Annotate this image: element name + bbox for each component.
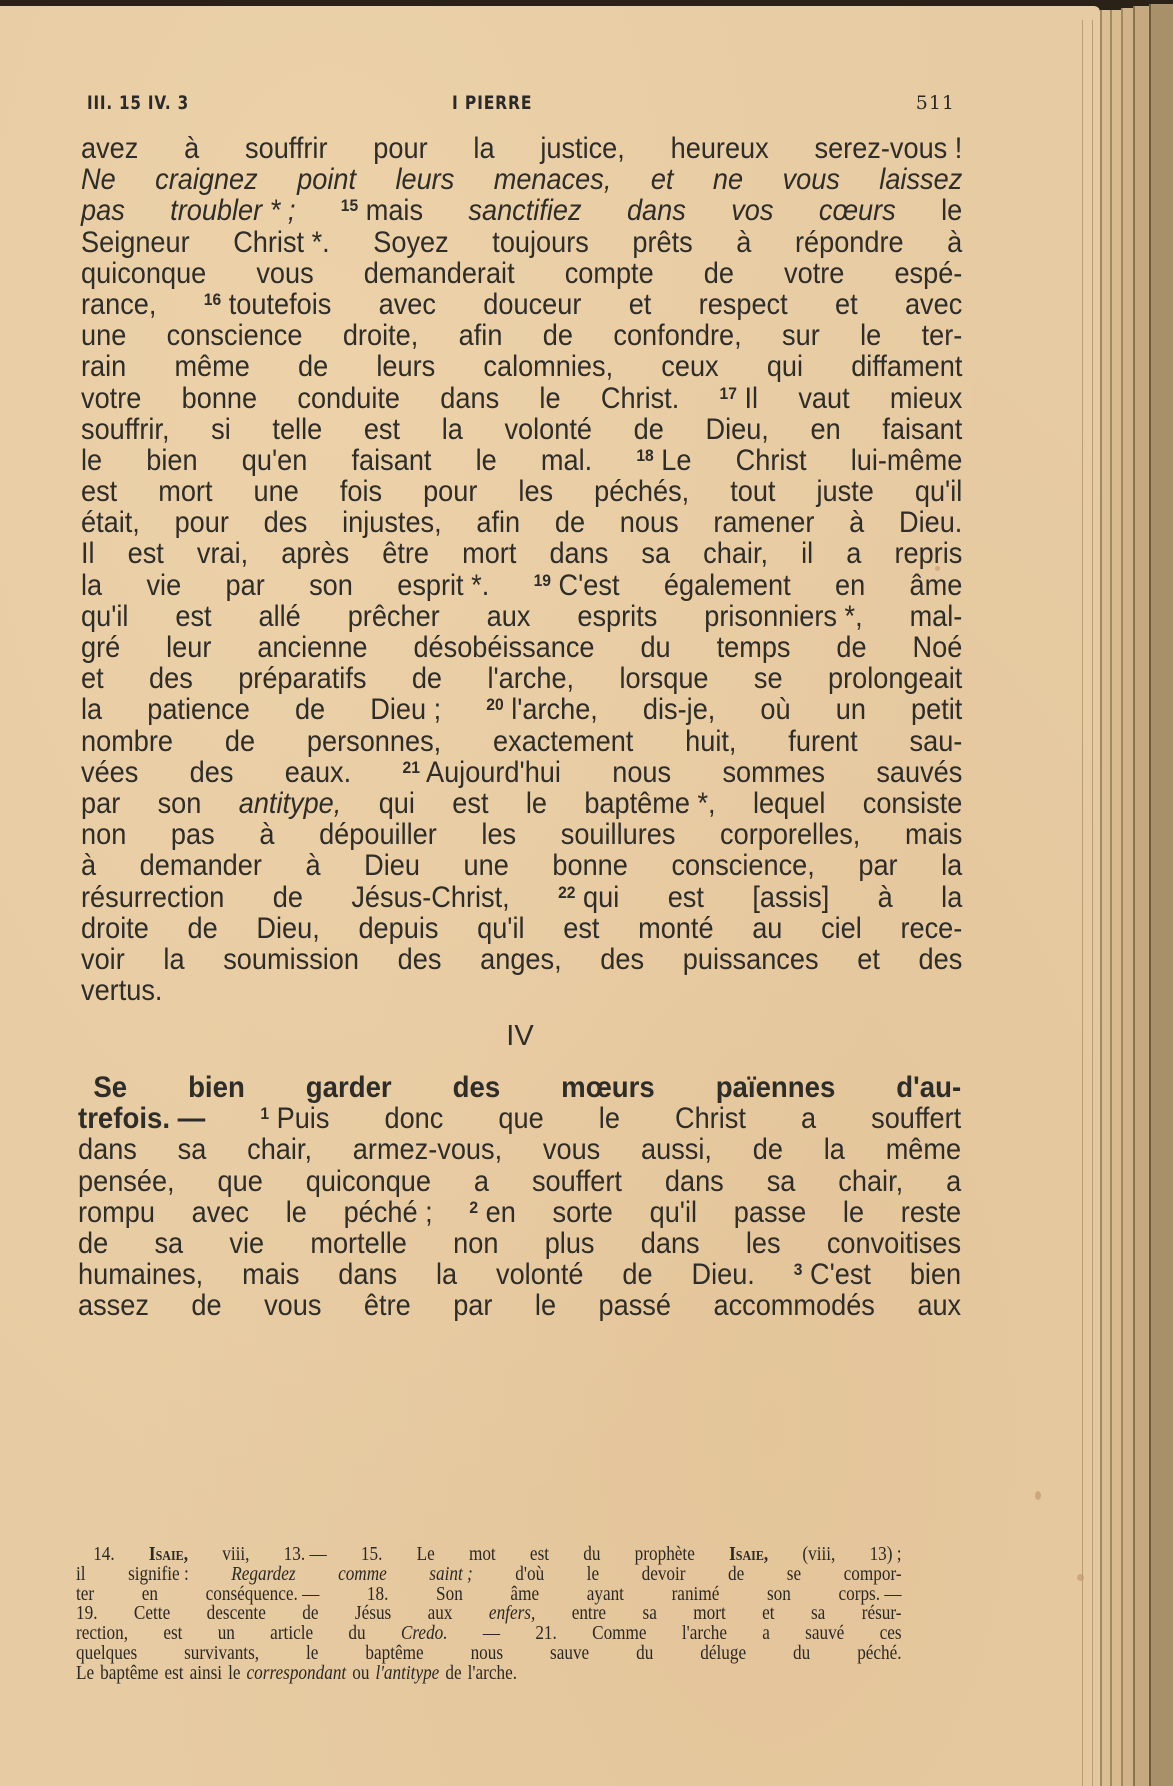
text-line: était,pourdesinjustes,afindenousramenerà… <box>81 507 962 538</box>
book-page: III. 15 IV. 3 I PIERRE 511 avezàsouffrir… <box>0 6 1100 1786</box>
text-line: rompuaveclepéché ;2 ensortequ'ilpasseler… <box>78 1197 961 1228</box>
book-cover-edge <box>1149 4 1173 1786</box>
page-stack-edge <box>1121 8 1133 1786</box>
verse-number: 3 <box>794 1260 803 1279</box>
verse-number: 20 <box>486 695 503 714</box>
text-line: souffrir,sitelleestlavolontédeDieu,enfai… <box>81 414 962 445</box>
footnote-line: ilsignifie :Regardezcommesaint ;d'oùlede… <box>76 1565 902 1585</box>
verse-number: 16 <box>204 290 221 309</box>
verse-number: 18 <box>636 446 653 465</box>
text-line: SeigneurChrist *.Soyeztoujoursprêtsàrépo… <box>81 227 962 258</box>
text-line: nombredepersonnes,exactementhuit,furents… <box>81 726 962 757</box>
footnote-line: rection,estunarticleduCredo.—21.Commel'a… <box>76 1624 902 1644</box>
text-line: quiconquevousdemanderaitcomptedevotreesp… <box>81 258 962 289</box>
text-line: àdemanderàDieuunebonneconscience,parla <box>81 850 962 881</box>
text-line: parsonantitype,quiestlebaptême *,lequelc… <box>81 788 962 819</box>
text-line: vertus. <box>81 975 962 1006</box>
text-line: assezdevousêtreparlepasséaccommodésaux <box>78 1290 961 1321</box>
footnote-line: quelquessurvivants,lebaptêmenoussauvedud… <box>76 1644 902 1664</box>
text-line: trefois. —1 PuisdoncqueleChristasouffert <box>78 1103 961 1134</box>
text-line: lapatiencedeDieu ;20 l'arche,dis-je,oùun… <box>81 694 962 725</box>
text-line: lavieparsonesprit *.19 C'estégalementenâ… <box>81 570 962 601</box>
text-line: véesdeseaux.21 Aujourd'huinoussommessauv… <box>81 757 962 788</box>
text-line: droitedeDieu,depuisqu'ilestmontéaucielre… <box>81 913 962 944</box>
verse-number: 2 <box>469 1198 478 1217</box>
text-line: rance,16 toutefoisavecdouceuretrespectet… <box>81 289 962 320</box>
text-line: etdespréparatifsdel'arche,lorsqueseprolo… <box>81 663 962 694</box>
footnote-line: Lebaptêmeestainsilecorrespondantoul'anti… <box>76 1664 902 1684</box>
text-line: pastroubler * ;15 maissanctifiezdansvosc… <box>81 195 962 226</box>
verse-number: 19 <box>534 571 551 590</box>
text-line: qu'ilestalléprêcherauxespritsprisonniers… <box>81 601 962 632</box>
text-line: danssachair,armez-vous,vousaussi,delamêm… <box>78 1134 961 1165</box>
verse-number: 15 <box>341 196 358 215</box>
text-line: Ilestvrai,aprèsêtremortdanssachair,ilare… <box>81 538 962 569</box>
text-line: lebienqu'enfaisantlemal.18 LeChristlui-m… <box>81 445 962 476</box>
page-number: 511 <box>916 92 955 114</box>
text-line: avezàsouffrirpourlajustice,heureuxserez-… <box>81 133 962 164</box>
main-text-block: avezàsouffrirpourlajustice,heureuxserez-… <box>81 133 962 1006</box>
text-line: humaines,maisdanslavolontédeDieu.3 C'est… <box>78 1259 961 1290</box>
text-line: pensée,quequiconqueasouffertdanssachair,… <box>78 1166 961 1197</box>
text-line: uneconsciencedroite,afindeconfondre,surl… <box>81 320 962 351</box>
text-line: desaviemortellenonplusdanslesconvoitises <box>78 1228 961 1259</box>
text-line: estmortunefoispourlespéchés,toutjustequ'… <box>81 476 962 507</box>
chapter-verse-range: III. 15 IV. 3 <box>87 92 189 114</box>
verse-number: 17 <box>720 384 737 403</box>
book-title: I PIERRE <box>452 92 532 114</box>
page-stack-edge <box>1100 10 1110 1786</box>
footnote-line: 14.Isaie,viii,13. —15.Lemotestduprophète… <box>76 1545 902 1565</box>
footnotes: 14.Isaie,viii,13. —15.Lemotestduprophète… <box>76 1545 902 1684</box>
chapter-number: IV <box>0 1020 1040 1053</box>
text-line: gréleuranciennedésobéissancedutempsdeNoé <box>81 632 962 663</box>
page-edge-line <box>1092 20 1093 1786</box>
page-edge-line <box>1082 20 1083 1786</box>
section-heading: Sebiengarderdesmœurspaïennesd'au- <box>78 1072 961 1103</box>
paper-stain <box>1035 1491 1041 1500</box>
running-header: III. 15 IV. 3 I PIERRE 511 <box>87 92 955 122</box>
verse-number: 21 <box>403 758 420 777</box>
text-line: rainmêmedeleurscalomnies,ceuxquidiffamen… <box>81 351 962 382</box>
page-stack-edge <box>1110 10 1121 1786</box>
chapter-four-text: Sebiengarderdesmœurspaïennesd'au- trefoi… <box>78 1072 961 1322</box>
text-line: résurrectiondeJésus-Christ,22 quiest[ass… <box>81 882 962 913</box>
text-line: Necraignezpointleursmenaces,etnevouslais… <box>81 164 962 195</box>
text-line: voirlasoumissiondesanges,despuissanceset… <box>81 944 962 975</box>
text-line: votrebonneconduitedansleChrist.17 Ilvaut… <box>81 383 962 414</box>
page-stack-edge <box>1133 6 1149 1786</box>
verse-number: 1 <box>260 1104 269 1123</box>
verse-number: 22 <box>558 883 575 902</box>
text-line: nonpasàdépouillerlessouillurescorporelle… <box>81 819 962 850</box>
